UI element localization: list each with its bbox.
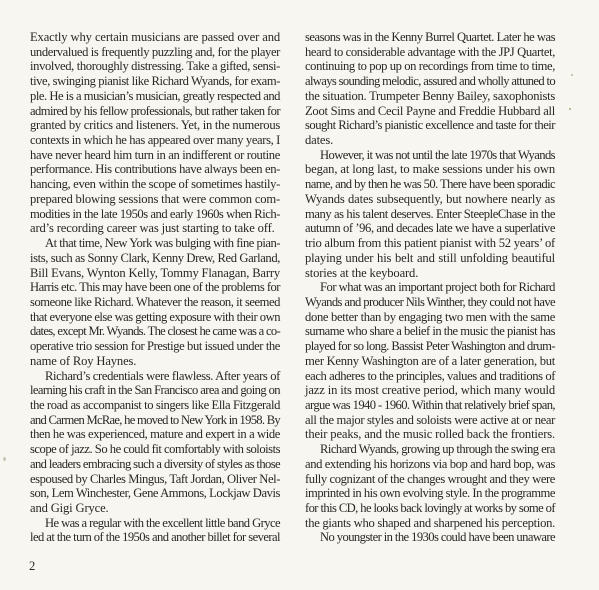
text-line: stories at the keyboard. bbox=[305, 266, 555, 281]
paper-speck bbox=[569, 108, 571, 110]
text-line: playing under his belt and still unfoldi… bbox=[305, 251, 555, 266]
text-line: argue was 1940 - 1960. Within that relat… bbox=[305, 398, 555, 413]
text-line: jazz in its most creative period, which … bbox=[305, 383, 555, 398]
text-line: son, Lem Winchester, Gene Ammons, Lockja… bbox=[30, 486, 280, 501]
paragraph: He was a regular with the excellent litt… bbox=[30, 516, 280, 545]
text-line: and extending his horizons via bop and h… bbox=[305, 457, 555, 472]
text-line: all the major styles and soloists were a… bbox=[305, 413, 555, 428]
paragraph: Richard’s credentials were flawless. Aft… bbox=[30, 369, 280, 516]
text-line: granted by critics and listeners. Yet, i… bbox=[30, 118, 280, 133]
text-line: espoused by Charles Mingus, Taft Jordan,… bbox=[30, 472, 280, 487]
text-line: Richard Wyands, growing up through the s… bbox=[305, 442, 555, 457]
text-line: heard to considerable advantage with the… bbox=[305, 45, 555, 60]
text-line: imprinted in his own evolving style. In … bbox=[305, 486, 555, 501]
text-line: hancing, even within the scope of someti… bbox=[30, 177, 280, 192]
text-line: ple. He is a musician’s musician, greatl… bbox=[30, 89, 280, 104]
text-line: Zoot Sims and Cecil Payne and Freddie Hu… bbox=[305, 104, 555, 119]
text-line: dates. bbox=[305, 133, 555, 148]
text-line: Exactly why certain musicians are passed… bbox=[30, 30, 280, 45]
text-line: seasons was in the Kenny Burrel Quartet.… bbox=[305, 30, 555, 45]
text-line: Harris etc. This may have been one of th… bbox=[30, 280, 280, 295]
text-line: involved, thoroughly distressing. Take a… bbox=[30, 59, 280, 74]
paragraph: However, it was not until the late 1970s… bbox=[305, 148, 555, 280]
paper-speck bbox=[571, 74, 573, 76]
text-line: for this CD, he looks back lovingly at w… bbox=[305, 501, 555, 516]
text-line: ists, such as Sonny Clark, Kenny Drew, R… bbox=[30, 251, 280, 266]
text-line: many as his talent deserves. Enter Steep… bbox=[305, 207, 555, 222]
text-line: However, it was not until the late 1970s… bbox=[305, 148, 555, 163]
text-line: admired by his fellow professionals, but… bbox=[30, 104, 280, 119]
page-number: 2 bbox=[29, 559, 35, 574]
right-text-column: seasons was in the Kenny Burrel Quartet.… bbox=[305, 30, 555, 545]
text-line: scope of jazz. So he could fit comfortab… bbox=[30, 442, 280, 457]
text-line: He was a regular with the excellent litt… bbox=[30, 516, 280, 531]
text-line: name, and by then he was 50. There have … bbox=[305, 177, 555, 192]
text-line: continuing to pop up on recordings from … bbox=[305, 59, 555, 74]
paragraph: seasons was in the Kenny Burrel Quartet.… bbox=[305, 30, 555, 148]
text-line: ard’s recording career was just starting… bbox=[30, 221, 280, 236]
text-line: dates, except Mr. Wyands. The closest he… bbox=[30, 324, 280, 339]
text-line: and Gigi Gryce. bbox=[30, 501, 280, 516]
text-line: trio album from this patient pianist wit… bbox=[305, 236, 555, 251]
text-line: tive, swinging pianist like Richard Wyan… bbox=[30, 74, 280, 89]
text-line: Wyands and producer Nils Winther, they c… bbox=[305, 295, 555, 310]
text-line: done better than by engaging two men wit… bbox=[305, 310, 555, 325]
text-line: Bill Evans, Wynton Kelly, Tommy Flanagan… bbox=[30, 266, 280, 281]
text-line: and leaders embracing such a diversity o… bbox=[30, 457, 280, 472]
text-line: fully cognizant of the changes wrought a… bbox=[305, 472, 555, 487]
text-line: operative trio session for Prestige but … bbox=[30, 339, 280, 354]
text-line: sought Richard’s pianistic excellence an… bbox=[305, 118, 555, 133]
text-line: autumn of ’96, and decades late we have … bbox=[305, 221, 555, 236]
text-line: the situation. Trumpeter Benny Bailey, s… bbox=[305, 89, 555, 104]
text-line: the giants who shaped and sharpened his … bbox=[305, 516, 555, 531]
text-line: learning his craft in the San Francisco … bbox=[30, 383, 280, 398]
paragraph: Exactly why certain musicians are passed… bbox=[30, 30, 280, 236]
paragraph: No youngster in the 1930s could have bee… bbox=[305, 530, 555, 545]
text-line: played for so long. Bassist Peter Washin… bbox=[305, 339, 555, 354]
text-line: have never heard him turn in an indiffer… bbox=[30, 148, 280, 163]
text-line: Richard’s credentials were flawless. Aft… bbox=[30, 369, 280, 384]
paragraph: Richard Wyands, growing up through the s… bbox=[305, 442, 555, 530]
text-line: and Carmen McRae, he moved to New York i… bbox=[30, 413, 280, 428]
text-line: that everyone else was getting exposure … bbox=[30, 310, 280, 325]
paragraph: For what was an important project both f… bbox=[305, 280, 555, 442]
text-line: performance. His contributions have alwa… bbox=[30, 162, 280, 177]
left-text-column: Exactly why certain musicians are passed… bbox=[30, 30, 280, 545]
text-line: began, at long last, to make sessions un… bbox=[305, 162, 555, 177]
text-line: always sounding melodic, assured and who… bbox=[305, 74, 555, 89]
text-line: name of Roy Haynes. bbox=[30, 354, 280, 369]
text-line: the road as accompanist to singers like … bbox=[30, 398, 280, 413]
text-line: contexts in which he has appeared over m… bbox=[30, 133, 280, 148]
text-line: their peaks, and the music rolled back t… bbox=[305, 427, 555, 442]
text-line: each adheres to the principles, values a… bbox=[305, 369, 555, 384]
paragraph: At that time, New York was bulging with … bbox=[30, 236, 280, 368]
text-line: At that time, New York was bulging with … bbox=[30, 236, 280, 251]
text-line: For what was an important project both f… bbox=[305, 280, 555, 295]
text-line: No youngster in the 1930s could have bee… bbox=[305, 530, 555, 545]
text-line: mer Kenny Washington are of a later gene… bbox=[305, 354, 555, 369]
text-line: surname who share a belief in the music … bbox=[305, 324, 555, 339]
text-line: someone like Richard. Whatever the reaso… bbox=[30, 295, 280, 310]
text-line: led at the turn of the 1950s and another… bbox=[30, 530, 280, 545]
paper-speck bbox=[3, 457, 6, 461]
text-line: prepared blowing sessions that were comm… bbox=[30, 192, 280, 207]
text-line: Wyands dates subsequently, but nowhere n… bbox=[305, 192, 555, 207]
text-line: undervalued is frequently puzzling and, … bbox=[30, 45, 280, 60]
text-line: modities in the late 1950s and early 196… bbox=[30, 207, 280, 222]
text-line: then he was experienced, mature and expe… bbox=[30, 427, 280, 442]
